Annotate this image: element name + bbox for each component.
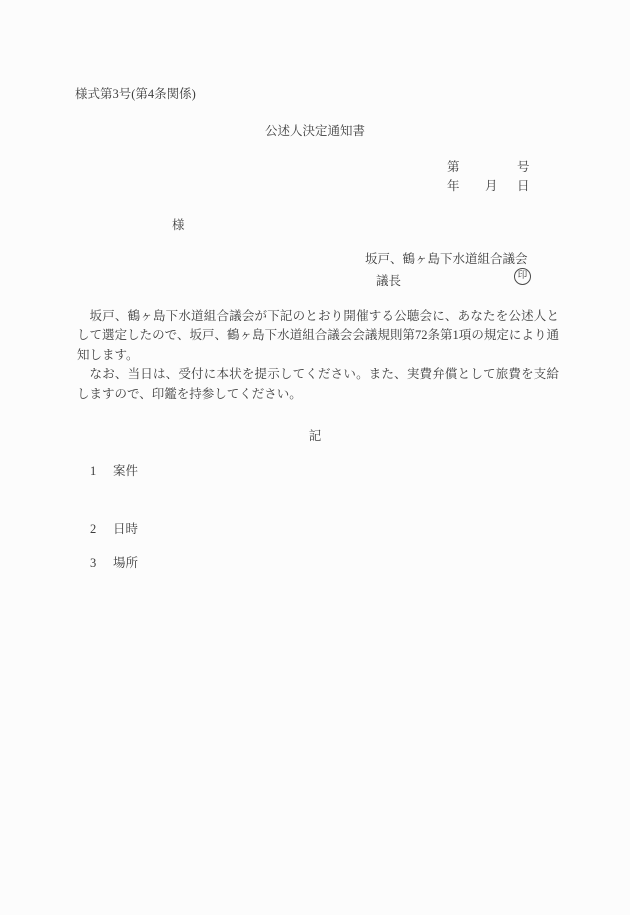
sender-organization: 坂戸、鶴ヶ島下水道組合議会 bbox=[365, 249, 528, 267]
seal-label: 印 bbox=[518, 272, 528, 282]
addressee-honorific: 様 bbox=[172, 215, 185, 233]
list-item-place: 3場所 bbox=[90, 553, 138, 571]
list-item-datetime: 2日時 bbox=[90, 519, 138, 537]
item-label: 日時 bbox=[113, 522, 138, 536]
body-paragraph-2: なお、当日は、受付に本状を提示してください。また、実費弁償として旅費を支給します… bbox=[77, 365, 559, 404]
document-number-line: 第 号 bbox=[447, 157, 547, 175]
list-item-case: 1案件 bbox=[90, 461, 138, 479]
sender-role: 議長 bbox=[376, 271, 401, 289]
date-month-label: 月 bbox=[485, 176, 498, 194]
seal-icon: 印 bbox=[514, 268, 531, 285]
document-title: 公述人決定通知書 bbox=[0, 121, 630, 139]
date-year-label: 年 bbox=[447, 176, 460, 194]
body-text: 坂戸、鶴ヶ島下水道組合議会が下記のとおり開催する公聴会に、あなたを公述人として選… bbox=[77, 307, 559, 404]
document-page: 様式第3号(第4条関係) 公述人決定通知書 第 号 年 月 日 様 坂戸、鶴ヶ島… bbox=[0, 0, 630, 915]
body-paragraph-1: 坂戸、鶴ヶ島下水道組合議会が下記のとおり開催する公聴会に、あなたを公述人として選… bbox=[77, 307, 559, 365]
notice-marker: 記 bbox=[0, 426, 630, 444]
form-number: 様式第3号(第4条関係) bbox=[75, 84, 196, 102]
doc-number-prefix: 第 bbox=[447, 157, 460, 175]
doc-number-suffix: 号 bbox=[517, 157, 530, 175]
item-number: 2 bbox=[90, 522, 113, 537]
item-label: 場所 bbox=[113, 556, 138, 570]
date-line: 年 月 日 bbox=[447, 176, 547, 194]
item-number: 3 bbox=[90, 556, 113, 571]
item-label: 案件 bbox=[113, 464, 138, 478]
date-day-label: 日 bbox=[517, 176, 530, 194]
item-number: 1 bbox=[90, 464, 113, 479]
